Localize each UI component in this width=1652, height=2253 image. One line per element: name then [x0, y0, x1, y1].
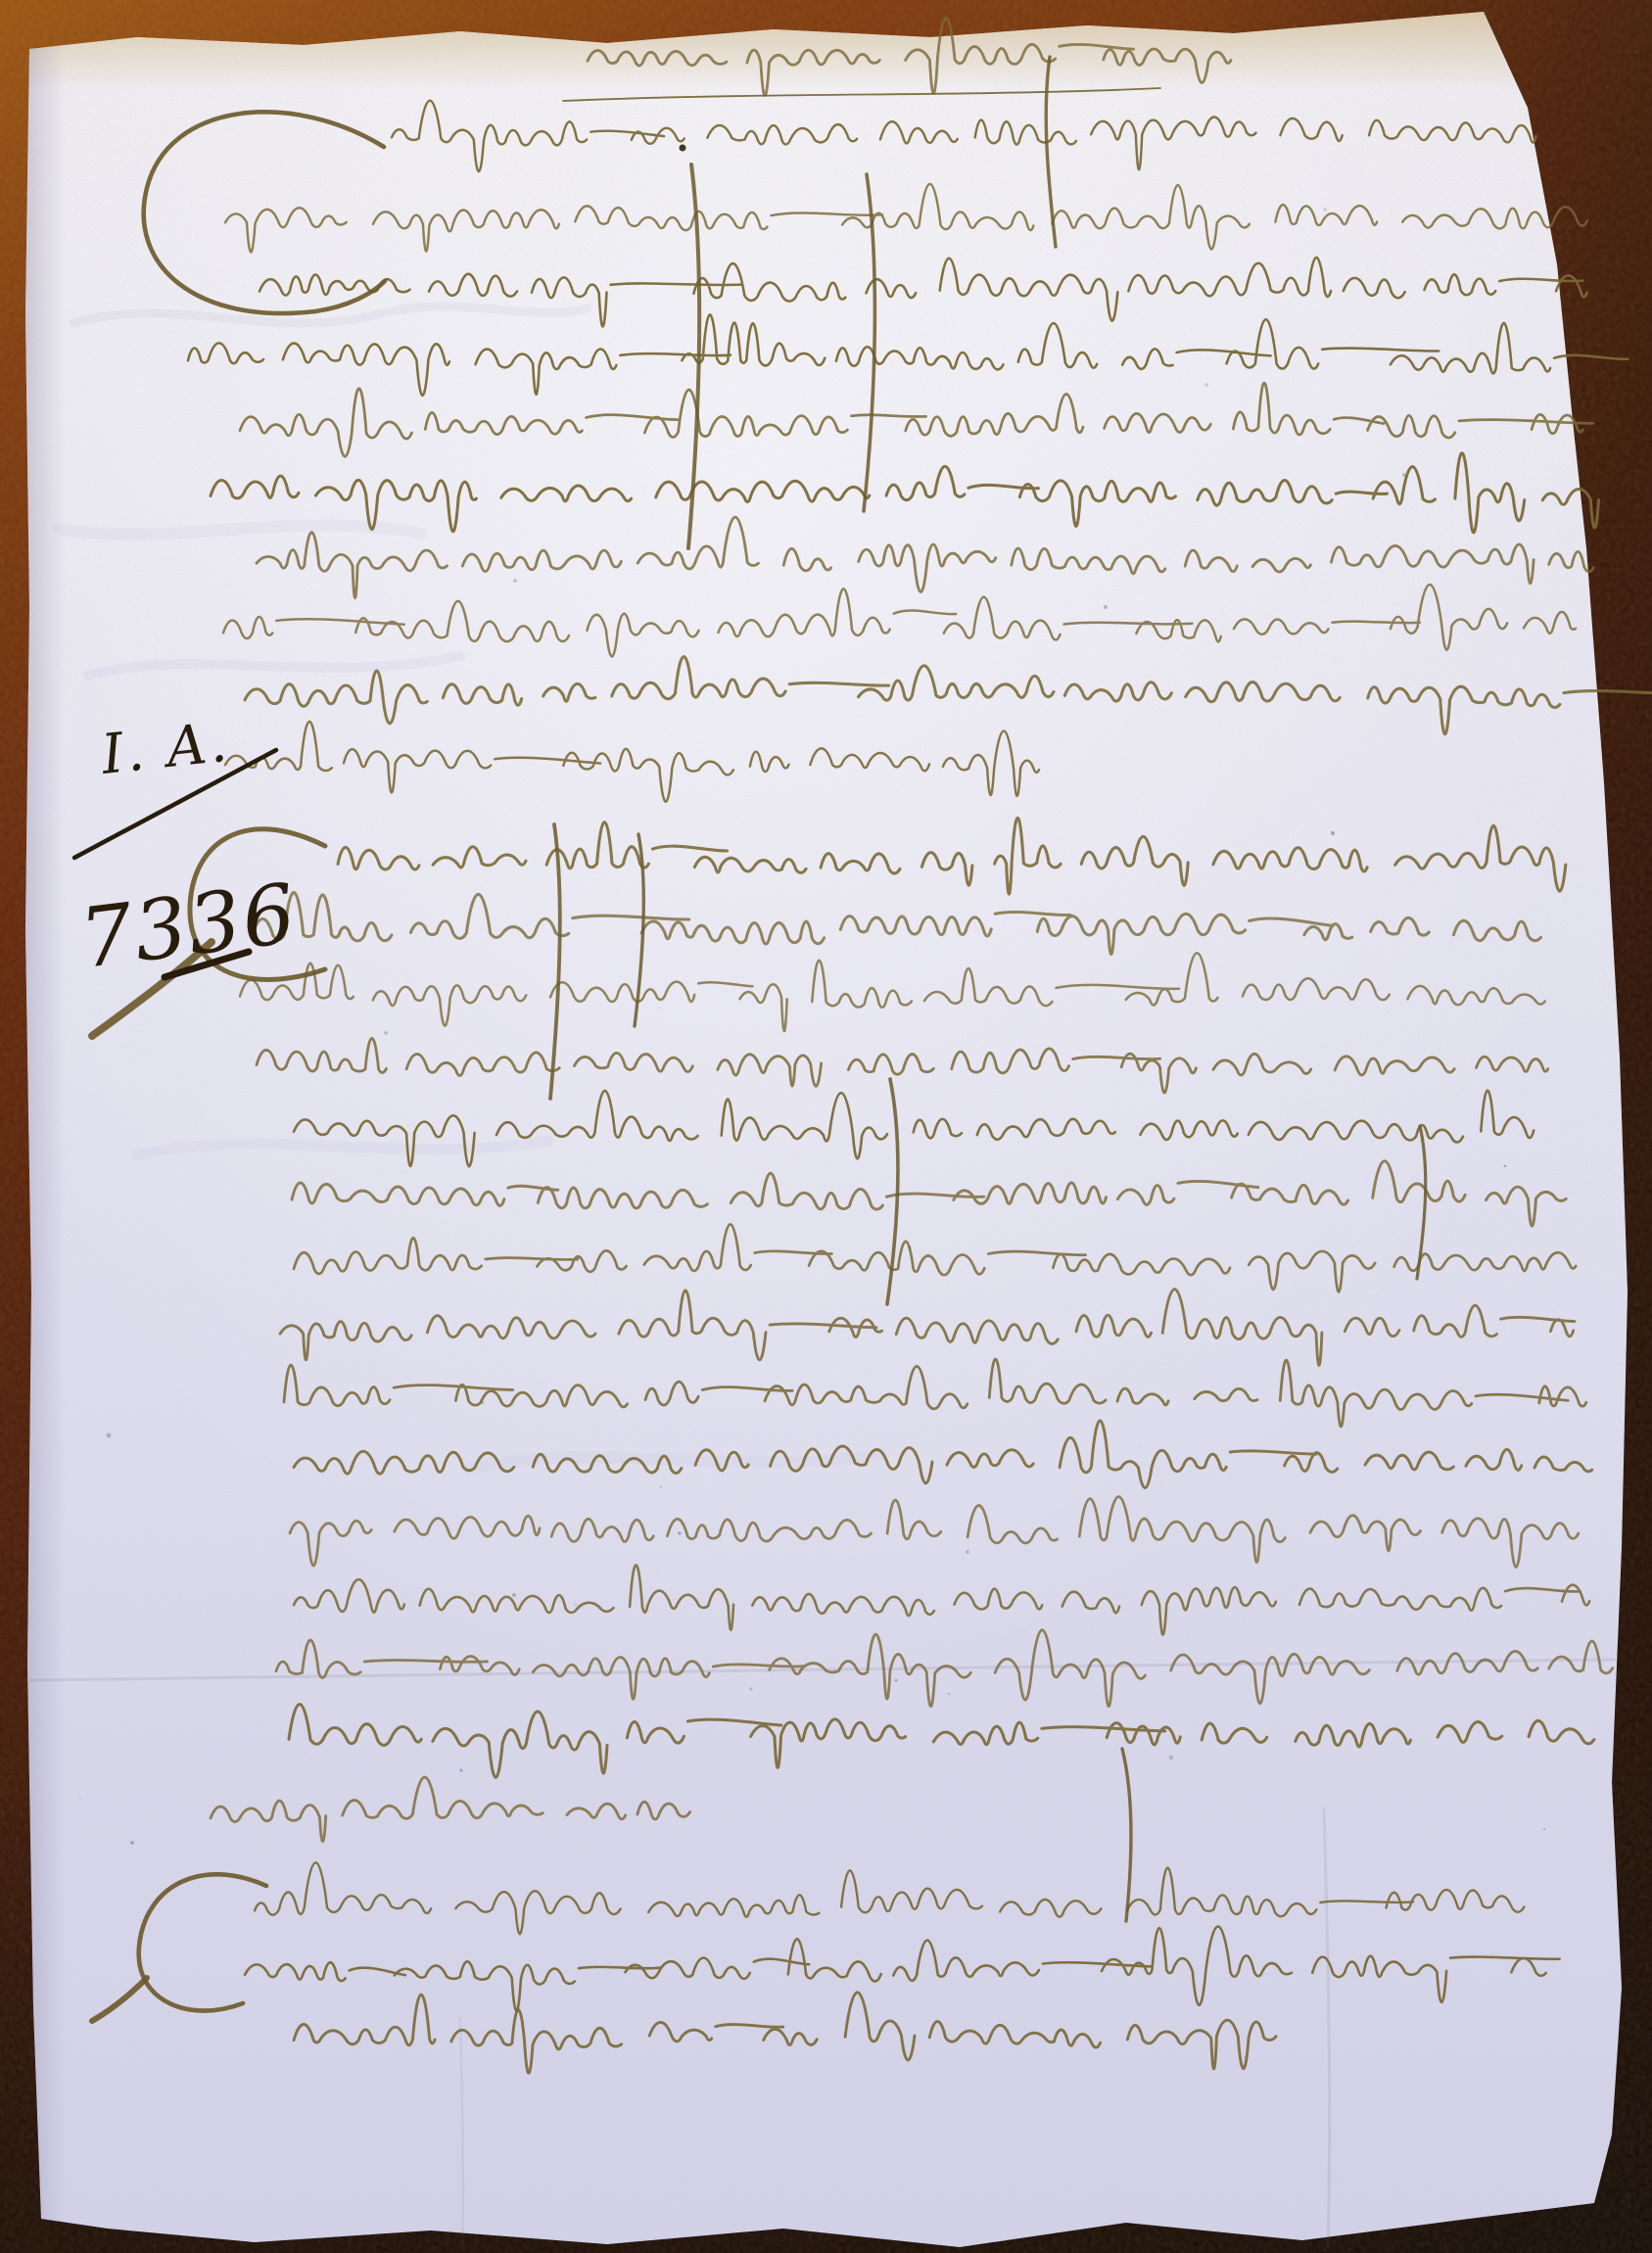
paper-speck: [1204, 383, 1208, 387]
paper-speck: [895, 1679, 898, 1682]
paper-speck: [512, 1593, 516, 1597]
paper-speck: [482, 1402, 485, 1405]
paper-speck: [384, 1031, 388, 1035]
paper-speck: [1504, 1165, 1506, 1167]
paper-speck: [660, 1486, 663, 1489]
paper-speck: [966, 1550, 969, 1554]
paper-speck: [1104, 605, 1108, 609]
paper-speck: [459, 1768, 462, 1771]
paper-speck: [1169, 1756, 1173, 1760]
paper-speck: [1402, 473, 1406, 477]
manuscript-photo: I. A. 7336: [0, 0, 1652, 2253]
paper-speck: [678, 1531, 681, 1534]
paper-speck: [513, 579, 517, 583]
paper-speck: [1244, 2056, 1246, 2058]
paper-speck: [659, 1007, 661, 1009]
paper-speck: [947, 1692, 950, 1695]
paper-speck: [1331, 831, 1335, 835]
paper-speck: [908, 1245, 912, 1249]
paper-speck: [749, 1687, 752, 1690]
paper-speck: [130, 1841, 134, 1845]
archival-dot: [248, 923, 255, 930]
archival-initials: I. A.: [98, 711, 233, 787]
photo-frame: I. A. 7336: [0, 0, 1652, 2253]
paper-speck: [1323, 208, 1327, 211]
paper-speck: [1543, 1828, 1545, 1830]
paper-speck: [79, 1797, 81, 1799]
paper-speck: [575, 1604, 577, 1606]
pinhole-mark: [680, 145, 686, 152]
paper-speck: [107, 1433, 112, 1438]
